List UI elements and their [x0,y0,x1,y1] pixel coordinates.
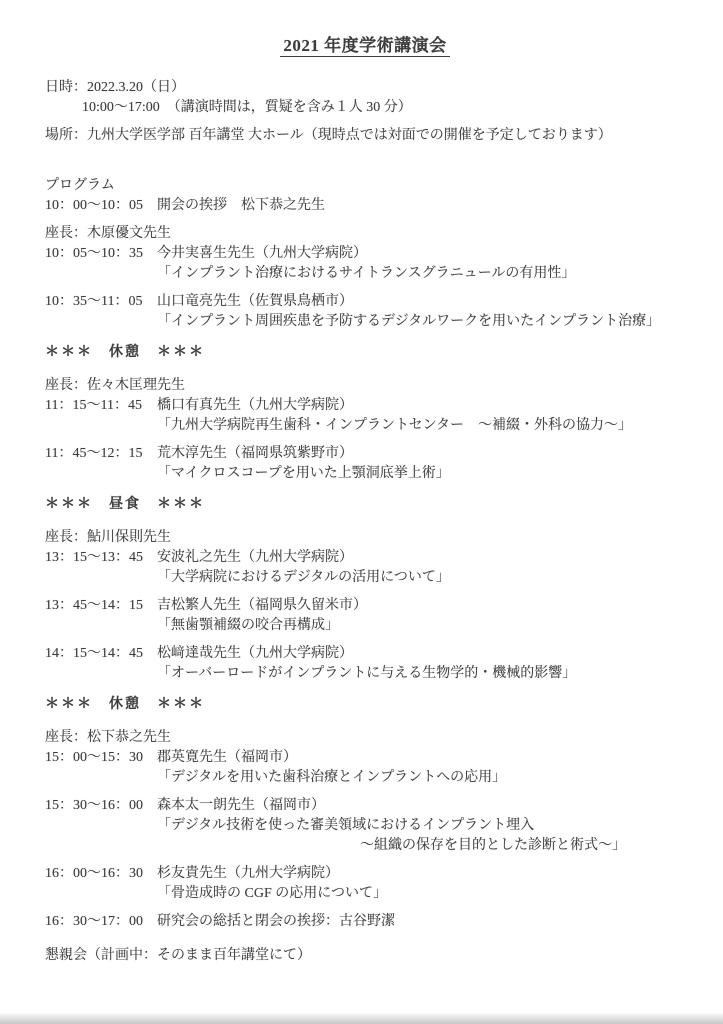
program-row: 16：30～17：00 研究会の総括と閉会の挨拶：古谷野潔 [45,912,685,932]
program-row: 11：15～11：45 橋口有真先生（九州大学病院） 「九州大学病院再生歯科・イ… [45,396,685,436]
session-text: 開会の挨拶 松下恭之先生 [157,198,325,213]
program-row: 10：05～10：35 今井実喜生先生（九州大学病院） 「インプラント治療におけ… [45,244,685,284]
document-title: 2021 年度学術講演会 [45,36,685,56]
program-row: 10：35～11：05 山口竜亮先生（佐賀県鳥栖市） 「インプラント周囲疾患を予… [45,292,685,332]
document-page: 2021 年度学術講演会 日時：2022.3.20（日） 10:00～17:00… [0,0,723,1024]
session-time: 15：30～16：00 [45,796,157,856]
afterparty-note: 懇親会（計画中：そのまま百年講堂にて） [45,946,685,966]
session-text: 研究会の総括と閉会の挨拶：古谷野潔 [157,914,395,929]
session-speaker: 山口竜亮先生（佐賀県鳥栖市） [157,292,685,312]
chair-line: 座長：佐々木匡理先生 [45,376,685,396]
session-time: 14：15～14：45 [45,644,157,684]
session-speaker: 荒木淳先生（福岡県筑紫野市） [157,444,685,464]
session-time: 10：35～11：05 [45,292,157,332]
session-speaker: 森本太一朗先生（福岡市） [157,796,685,816]
session-speaker: 松﨑達哉先生（九州大学病院） [157,644,685,664]
session-speaker: 橋口有真先生（九州大学病院） [157,396,685,416]
program-row: 11：45～12：15 荒木淳先生（福岡県筑紫野市） 「マイクロスコープを用いた… [45,444,685,484]
program-row: 14：15～14：45 松﨑達哉先生（九州大学病院） 「オーバーロードがインプラ… [45,644,685,684]
location-line: 場所：九州大学医学部 百年講堂 大ホール（現時点では対面での開催を予定しておりま… [45,126,685,146]
scanned-page-edge [0,1012,723,1024]
session-time: 13：45～14：15 [45,596,157,636]
session-time: 10：00～10：05 [45,196,157,216]
program-row: 13：45～14：15 吉松繁人先生（福岡県久留米市） 「無歯顎補綴の咬合再構成… [45,596,685,636]
session-title: 「オーバーロードがインプラントに与える生物学的・機械的影響」 [157,664,685,684]
session-title-continued: ～組織の保存を目的とした診断と術式～」 [157,836,685,856]
break-line: ＊＊＊ 休憩 ＊＊＊ [45,695,685,715]
session-speaker: 今井実喜生先生（九州大学病院） [157,244,685,264]
chair-line: 座長：松下恭之先生 [45,728,685,748]
program-row: 15：30～16：00 森本太一朗先生（福岡市） 「デジタル技術を使った審美領域… [45,796,685,856]
session-speaker: 郡英寛先生（福岡市） [157,748,685,768]
session-title: 「デジタル技術を使った審美領域におけるインプラント埋入 [157,816,685,836]
session-title: 「大学病院におけるデジタルの活用について」 [157,568,685,588]
session-speaker: 吉松繁人先生（福岡県久留米市） [157,596,685,616]
session-title: 「インプラント治療におけるサイトランスグラニュールの有用性」 [157,264,685,284]
session-time: 15：00～15：30 [45,748,157,788]
session-time: 11：15～11：45 [45,396,157,436]
break-line: ＊＊＊ 昼食 ＊＊＊ [45,495,685,515]
program-row: 10：00～10：05 開会の挨拶 松下恭之先生 [45,196,685,216]
date-line-2: 10:00～17:00 （講演時間は，質疑を含み１人 30 分） [45,98,685,118]
program-row: 13：15～13：45 安波礼之先生（九州大学病院） 「大学病院におけるデジタル… [45,548,685,588]
program-row: 15：00～15：30 郡英寛先生（福岡市） 「デジタルを用いた歯科治療とインプ… [45,748,685,788]
session-title: 「インプラント周囲疾患を予防するデジタルワークを用いたインプラント治療」 [157,312,685,332]
date-block: 日時：2022.3.20（日） 10:00～17:00 （講演時間は，質疑を含み… [45,78,685,118]
session-time: 16：30～17：00 [45,912,157,932]
session-speaker: 杉友貴先生（九州大学病院） [157,864,685,884]
session-time: 11：45～12：15 [45,444,157,484]
session-title: 「九州大学病院再生歯科・インプラントセンター ～補綴・外科の協力～」 [157,416,685,436]
date-line-1: 日時：2022.3.20（日） [45,78,685,98]
session-title: 「骨造成時の CGF の応用について」 [157,884,685,904]
session-time: 16：00～16：30 [45,864,157,904]
program-label: プログラム [45,176,685,196]
document-title-text: 2021 年度学術講演会 [280,36,449,57]
program-row: 16：00～16：30 杉友貴先生（九州大学病院） 「骨造成時の CGF の応用… [45,864,685,904]
chair-line: 座長：鮎川保則先生 [45,528,685,548]
session-title: 「マイクロスコープを用いた上顎洞底挙上術」 [157,464,685,484]
session-title: 「無歯顎補綴の咬合再構成」 [157,616,685,636]
chair-line: 座長：木原優文先生 [45,224,685,244]
session-time: 10：05～10：35 [45,244,157,284]
session-time: 13：15～13：45 [45,548,157,588]
break-line: ＊＊＊ 休憩 ＊＊＊ [45,343,685,363]
session-speaker: 安波礼之先生（九州大学病院） [157,548,685,568]
session-title: 「デジタルを用いた歯科治療とインプラントへの応用」 [157,768,685,788]
